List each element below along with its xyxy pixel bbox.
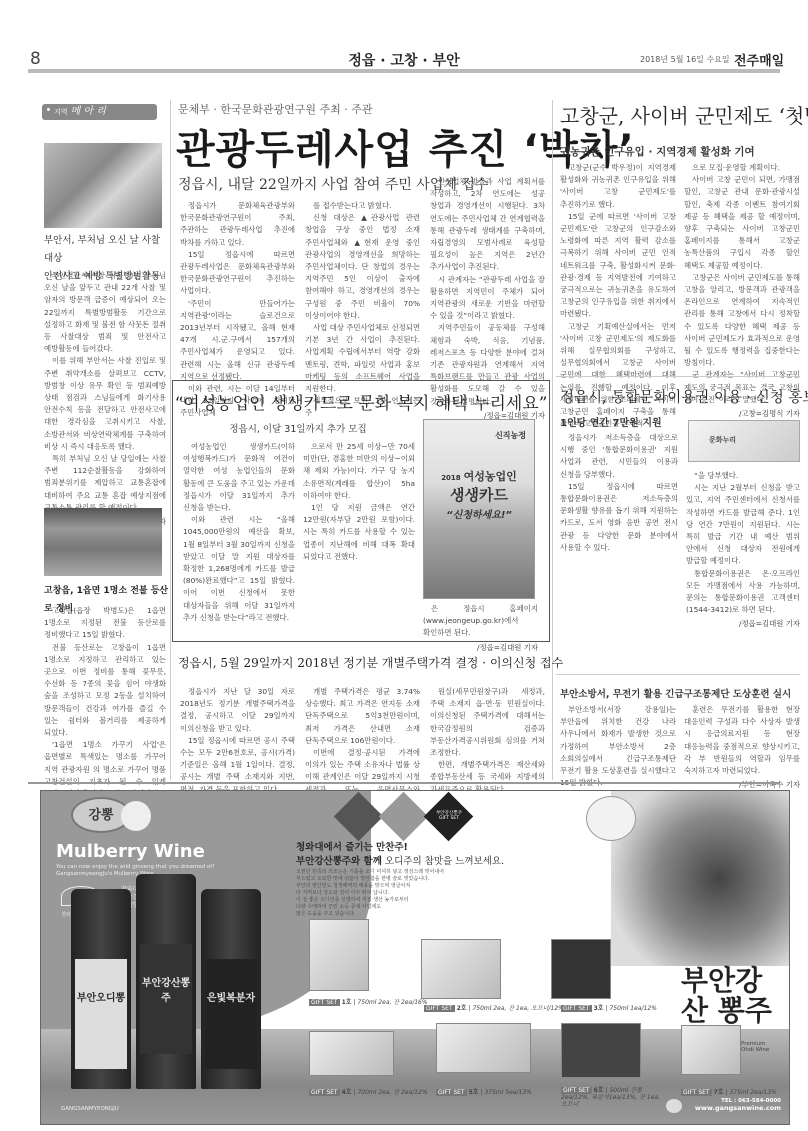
issue-date: 2018년 5월 16일 수요일 (640, 54, 730, 65)
paragraph: 은 정읍시 홈페이지(www.jeongeup.go.kr)에서 확인하면 된다… (423, 603, 538, 640)
headline2-bold: 부안강산뽕주와 함께 (296, 856, 382, 867)
sidebar-story1-body: 부안경찰서(서장 이동민)는 부처님 오신 날을 앞두고 관내 22개 사찰 및… (44, 270, 166, 528)
region-echo-tag: 지역메 아 리 (42, 104, 157, 120)
right2-col2: “을 당부했다. 시는 지난 2월부터 신청을 받고 있고, 지역 주민센터에서… (686, 470, 800, 631)
boxed-tail: 은 정읍시 홈페이지(www.jeongeup.go.kr)에서 확인하면 된다… (423, 603, 538, 654)
mulberry-wine-advertisement: 강뽕 Mulberry Wine You can now enjoy the w… (40, 790, 790, 1125)
paragraph: 시 관계자는 “관광두레 사업을 잘 활용하면 지역민이 주체가 되어 지역관광… (430, 274, 545, 323)
column-divider (552, 100, 553, 780)
gift-set-caption: GIFT SET3호 | 750ml 1ea/12% (561, 1003, 657, 1012)
paragraph: 훈련은 무전기를 활용한 현장 대응인력 구성과 다수 사상자 발생 시 응급의… (684, 704, 800, 777)
premium-label: PremiumOhdi Wine (741, 1041, 769, 1053)
bottle-label: 은빛복분자 (205, 959, 257, 1069)
mulberry-photo (611, 791, 790, 966)
gift-label: GIFT SET (561, 1005, 592, 1012)
gift-label: GIFT SET (436, 1089, 467, 1096)
paragraph: 통합문화이용권은 온·오프라인 모든 가맹점에서 사용 가능하며, 문의는 통합… (686, 568, 800, 617)
gift-no: 4호 (342, 1089, 352, 1096)
culture-card-image: 문화누리 (688, 420, 800, 462)
boxed-subhead: 정읍시, 이달 31일까지 추가 모집 (183, 421, 413, 435)
gift-no: 5호 (469, 1089, 479, 1096)
paragraph: 고창군(군수 박우정)이 지역경제 활성화와 귀농귀촌 인구유입을 위해 '사이… (560, 162, 676, 211)
ad-body-line: 부드럽고 오묘한 맛에 뒤끝이 깔끔함을 한병 술로 빚었습니다. (296, 876, 444, 883)
paragraph: 전불 등산로는 고창읍이 1읍면 1명소로 지정하고 관리하고 있는 곳으로 이… (44, 642, 166, 740)
header-rule (28, 69, 780, 73)
saengsaeng-card-poster: 신직농정 2018여성농업인 생생카드 “신청하세요!” (423, 419, 535, 599)
boxed-article: “여성농업인 생생카드로 문화 복지 혜택 누리세요” 정읍시, 이달 31일까… (172, 380, 550, 642)
poster-cta: “신청하세요!” (424, 506, 534, 521)
ad-body-line: 타 지역보다 당도와 질이 아주 뛰어 납니다. (296, 890, 444, 897)
right2-col1: 정읍시가 저소득층을 대상으로 시행 중인 '통합문화이용권' 지원 사업과 관… (560, 432, 678, 554)
ad-body-line: 다량 수매하여 군민 소득 증대 사업에도 (296, 904, 444, 911)
tag-label: 메 아 리 (71, 106, 106, 117)
paragraph: 고창군은 사이버 군민제도를 통해 고창을 알리고, 방문객과 관광객을 온라인… (684, 272, 800, 370)
gift-label: GIFT SET (561, 1087, 592, 1094)
byline: /정읍=김대원 기자 (686, 618, 800, 630)
paragraph: 특히 부처님 오신 날 당일에는 사찰 주변 112순찰활동을 강화하여 범죄분… (44, 453, 166, 514)
ad-headline2: 부안강산뽕주와 함께 오디주의 참맛을 느껴보세요. (296, 853, 504, 867)
headline2-rest: 오디주의 참맛을 느껴보세요. (382, 856, 504, 867)
bottom1-headline: 정읍시, 5월 29일까지 2018년 정기분 개별주택가격 결정 · 이의신청… (178, 654, 563, 671)
gift-set-caption: GIFT SET1호 | 750ml 2ea, 잔 2ea/16% (309, 997, 428, 1006)
right1-col2: 으로 모집·운영할 계획이다. 사이버 고창 군민이 되면, 가맹점 할인, 고… (684, 162, 800, 420)
ad-title: Mulberry Wine (56, 841, 205, 862)
card-label: 문화누리 (709, 435, 736, 445)
gift-label: GIFT SET (681, 1089, 712, 1096)
right1-headline: 고창군, 사이버 군민제도 ‘첫발’ (560, 100, 808, 129)
paragraph: 이와 관련 시는 “올해 1045,000만원의 예산을 확보, 1월 8일부터… (183, 514, 295, 624)
wine-bottle: 은빛복분자 (201, 889, 261, 1089)
gift-no: 2호 (457, 1005, 467, 1012)
gift-no: 7호 (714, 1089, 724, 1096)
right2-subhead: 1인당 연간 7만원 지원 (560, 414, 662, 429)
paragraph: 15일 정읍시에 따르면 관광두레사업은 문화체육관광부와 한국문화관광연구원이… (180, 249, 295, 298)
gift-desc: 750ml 2ea, 잔 2ea/16% (357, 999, 427, 1006)
gift-set-image (561, 1023, 641, 1078)
wine-bottle: 부안오디뽕 (71, 889, 131, 1089)
gift-set-image (551, 939, 611, 999)
boxed-col2: 으로서 만 25세 이상~만 70세 미만(단, 겸홍한 미만의 이상~이외 채… (303, 441, 415, 563)
paragraph: 이를 위해 부안서는 사찰 진입로 및 주변 취약개소를 살펴보고 CCTV, … (44, 355, 166, 453)
gift-no: 1호 (342, 999, 352, 1006)
ad-body-line: 부안의 변산반도 청정해역의 해풍을 맞으며 영글어져 (296, 883, 444, 890)
lead-kicker: 문체부 · 한국문화관광연구원 주최 · 주관 (178, 101, 373, 117)
column-divider (170, 100, 171, 780)
paragraph: 정읍시가 저소득층을 대상으로 시행 중인 '통합문화이용권' 지원 사업과 관… (560, 432, 678, 481)
bottle-label: 부안오디뽕 (75, 959, 127, 1069)
paragraph: 신청 대상은 ▲관광사업 관련 창업을 구상 중인 법정 소재 주민사업체와 ▲… (305, 212, 420, 322)
paragraph: 정읍시가 지난 달 30일 자로 2018년도 정기분 개별주택가격을 결정, … (180, 686, 295, 735)
paragraph: 정읍시가 문화체육관광부와 한국문화관광연구원이 주최, 주관하는 관광두레사업… (180, 200, 295, 249)
pavilion-photo (44, 508, 162, 576)
ad-contact: TEL : 063-584-0000www.gangsanwine.com (686, 1098, 781, 1112)
mulberry-diamond-icon (379, 792, 428, 841)
gift-label: GIFT SET (309, 999, 340, 1006)
poster-brand: 신직농정 (424, 430, 534, 441)
poster-title: 여성농업인 (464, 470, 517, 483)
paragraph: “을 당부했다. (686, 470, 800, 482)
caption-line1: 부안서, 부처님 오신 날 사찰대상 (44, 232, 169, 268)
gift-set-caption: GIFT SET6호 | 500ml 잔뽕2ea/12%, 복분자1ea/13%… (561, 1087, 661, 1108)
tag-prefix: 지역 (54, 108, 68, 116)
byline: /고창=김명식 기자 (684, 408, 800, 420)
paragraph: 고창읍(읍장 박병도)은 1읍면 1명소로 지정된 전불 등산로를 정비했다고 … (44, 605, 166, 642)
right1-subhead: 귀농귀촌 인구유입 · 지역경제 활성화 기여 (560, 144, 755, 159)
gift-set-image (436, 1023, 531, 1073)
gift-label: GIFT SET (309, 1089, 340, 1096)
ad-website-link[interactable]: www.gangsanwine.com (686, 1104, 781, 1112)
boxed-headline: “여성농업인 생생카드로 문화 복지 혜택 누리세요” (173, 389, 549, 414)
gift-no: 3호 (594, 1005, 604, 1012)
paragraph: 민사업체 발굴과 사업 계획서를 작성하고, 2차 연도에는 성공 창업과 경영… (430, 176, 545, 274)
gift-set-image (309, 1031, 394, 1076)
gift-desc: 375ml 5ea/13% (484, 1089, 531, 1096)
gift-set-caption: GIFT SET2호 | 750ml 2ea, 잔 1ea, 오프너/12% (424, 1003, 564, 1012)
poster-year: 2018 (441, 474, 460, 482)
gift-desc: 700ml 2ea, 잔 2ea/12% (357, 1089, 427, 1096)
bottle-label: 부안강산뽕주 (140, 944, 192, 1054)
poster-card-name: 생생카드 (424, 484, 534, 505)
gift-no: 6호 (594, 1087, 604, 1094)
temple-photo (44, 143, 162, 228)
right2-headline: 정읍시, 통합문화이용권 이용 · 신청 홍보 (560, 386, 808, 407)
ad-calligraphy: 부안강산 뽕주 (681, 966, 781, 1026)
gift-set-caption: GIFT SET5호 | 375ml 5ea/13% (436, 1087, 532, 1096)
gift-set-image (421, 939, 501, 999)
paragraph: 1인 당 지원 금액은 연간 12만원(자부담 2만원 포함)이다. 시는 특히… (303, 502, 415, 563)
ad-body: 오천년 민족의 의조는은 기품을 오디 넉넉히 넣고 정성스레 빚어내어 부드럽… (296, 869, 444, 918)
bottom1-col1: 정읍시가 지난 달 30일 자로 2018년도 정기분 개별주택가격을 결정, … (180, 686, 295, 796)
paragraph: '주민이 만들어가는 지역관광'이라는 슬로건으로 2013년부터 시작됐고, … (180, 298, 295, 383)
paragraph: 개별 주택가격은 평균 3.74% 상승했다. 최고 가격은 연지동 소재 단독… (305, 686, 420, 747)
gift-label: GIFT SET (424, 1005, 455, 1012)
gift-desc: 750ml 2ea, 잔 1ea, 오프너/12% (472, 1005, 563, 1012)
gift-desc: 375ml 2ea/13% (729, 1089, 776, 1096)
badge-text: 부안강산뽕주GIFT SET (427, 810, 471, 821)
poster-line1: 2018여성농업인 (424, 468, 534, 484)
badge-line: GIFT SET (427, 816, 471, 821)
paragraph: 15일 군에 따르면 '사이버 고창 군민제도'란 고창군의 인구감소와 노령화… (560, 211, 676, 321)
section-divider (556, 376, 800, 377)
paragraph: 시는 지난 2월부터 신청을 받고 있고, 지역 주민센터에서 신청서를 작성하… (686, 482, 800, 567)
ad-headline1: 청와대에서 즐기는 만찬주! (296, 839, 408, 853)
gift-set-caption: GIFT SET7호 | 375ml 2ea/13% (681, 1087, 777, 1096)
gift-set-image (309, 919, 369, 991)
bottom2-col2: 훈련은 무전기를 활용한 현장 대응인력 구성과 다수 사상자 발생 시 응급의… (684, 704, 800, 791)
ad-body-line: 이 질 좋은 오디만을 선별하여 직접 생산 농가로부터 (296, 897, 444, 904)
paragraph: 사이버 고창 군민이 되면, 가맹점 할인, 고창군 관내 문화·관광시설 할인… (684, 174, 800, 272)
ad-body-line: 많은 도움을 주고 있습니다. (296, 911, 444, 918)
gift-set-image (681, 1025, 741, 1075)
wine-bottle: 부안강산뽕주 (136, 874, 196, 1089)
ad-body-line: 오천년 민족의 의조는은 기품을 오디 넉넉히 넣고 정성스레 빚어내어 (296, 869, 444, 876)
paragraph: 으로서 만 25세 이상~만 70세 미만(단, 겸홍한 미만의 이상~이외 채… (303, 441, 415, 502)
section-divider (556, 674, 800, 675)
byline: /정읍=김대원 기자 (423, 642, 538, 654)
bottom2-col1: 부안소방서(서장 강용일)는 부안읍에 위치한 건강 나라 사우나에서 화재가 … (560, 704, 676, 789)
paragraph: 으로 모집·운영할 계획이다. (684, 162, 800, 174)
brand-footer: GANGSANMYEONGJU (61, 1106, 119, 1112)
paragraph: 부안소방서(서장 강용일)는 부안읍에 위치한 건강 나라 사우나에서 화재가 … (560, 704, 676, 789)
brand-seal-icon (666, 1099, 682, 1113)
mascot-icon (121, 801, 151, 831)
paragraph: 부안경찰서(서장 이동민)는 부처님 오신 날을 앞두고 관내 22개 사찰 및… (44, 270, 166, 355)
mascot-icon (586, 796, 636, 841)
paragraph: 원실(세무민원창구)과 세정과, 주택 소재지 읍·면·동 민원실이다. 이의신… (430, 686, 545, 759)
ad-divider (28, 782, 780, 784)
paragraph: 15일 정읍시에 따르면 통합문화이용권은 저소득층의 문화생활 향유를 돕기 … (560, 481, 678, 554)
ad-tagline1: You can now enjoy the wild ginseng that … (56, 864, 214, 870)
paragraph: 15일 정읍시에 따르면 공시 주택 수는 모두 2만6천호로, 공시(가격) … (180, 735, 295, 796)
gift-set-caption: GIFT SET4호 | 700ml 2ea, 잔 2ea/12% (309, 1087, 428, 1096)
gift-desc: 750ml 1ea/12% (609, 1005, 656, 1012)
premium-line: Ohdi Wine (741, 1047, 769, 1053)
paragraph: 를 접수받는다고 밝혔다. (305, 200, 420, 212)
paragraph: 여성농업인 생생카드(이하 여성행복카드)가 문화적 여건이 열악한 여성 농업… (183, 441, 295, 514)
boxed-col1: 여성농업인 생생카드(이하 여성행복카드)가 문화적 여건이 열악한 여성 농업… (183, 441, 295, 624)
newspaper-name: 전주매일 (734, 50, 784, 69)
bottom2-headline: 부안소방서, 무전기 활용 긴급구조통제단 도상훈련 실시 (560, 686, 791, 700)
